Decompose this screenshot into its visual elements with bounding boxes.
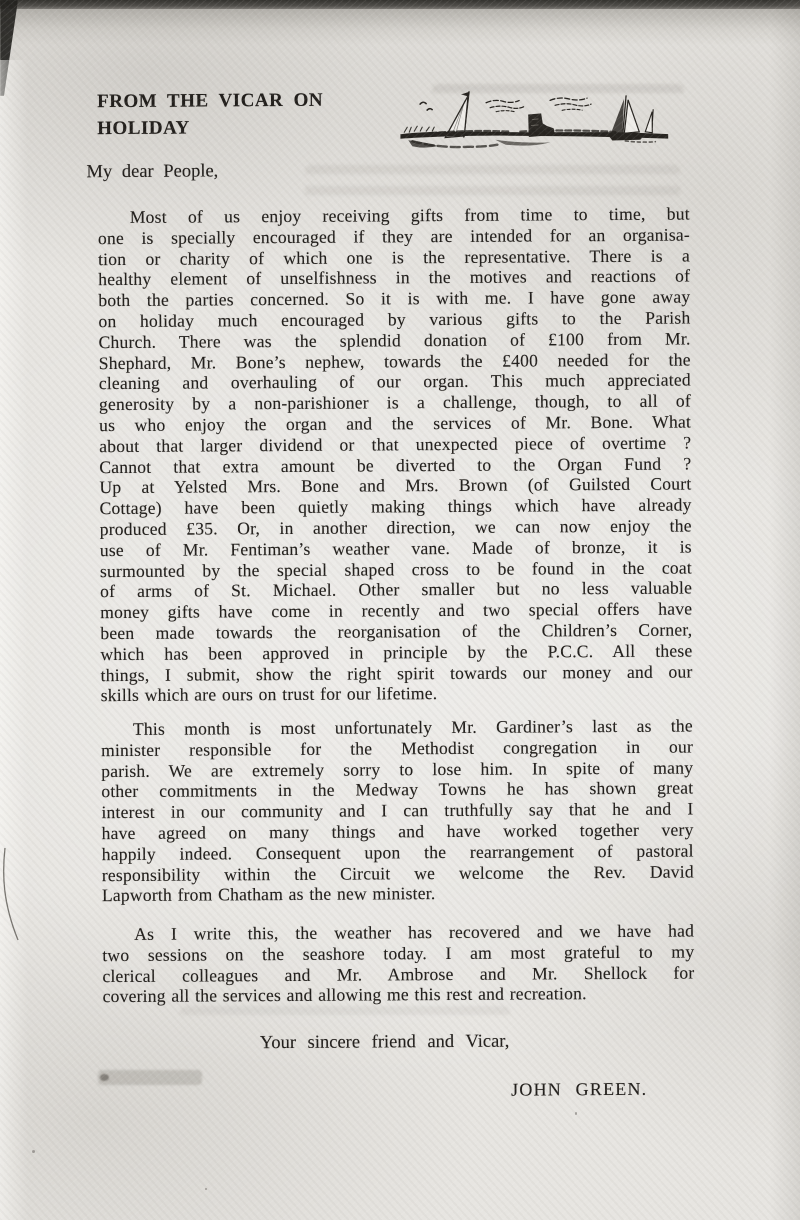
paper-fleck — [575, 1112, 577, 1115]
text-line: about that larger dividend or that unexp… — [99, 432, 691, 456]
paragraph-1: Most of us enjoy receiving gifts from ti… — [98, 204, 693, 707]
paragraph-2: This month is most unfortunately Mr. Gar… — [101, 715, 694, 906]
text-line: Lapworth from Chatham as the new ministe… — [102, 882, 694, 906]
text-line: which has been approved in principle by … — [100, 640, 692, 664]
text-line: responsibility within the Circuit we wel… — [102, 861, 694, 885]
text-line: use of Mr. Fentiman’s weather vane. Made… — [100, 536, 692, 560]
scan-top-edge — [0, 0, 800, 9]
signature: JOHN GREEN. — [511, 1079, 647, 1101]
paper-fleck — [205, 1188, 207, 1190]
ink-smudge-artifact — [100, 1074, 109, 1081]
scanned-newsletter-page: FROM THE VICAR ON HOLIDAY — [0, 0, 800, 1220]
paper-fleck — [32, 1150, 35, 1153]
seaside-sketch-illustration — [400, 87, 668, 161]
scan-right-shadow — [770, 0, 800, 1220]
scan-scratch-line — [0, 845, 26, 945]
ink-bleedthrough-artifact — [305, 165, 680, 199]
scan-top-shadow — [0, 9, 800, 45]
letter-body: FROM THE VICAR ON HOLIDAY — [97, 85, 689, 143]
text-line: things, I submit, show the right spirit … — [101, 661, 693, 685]
paragraph-3: As I write this, the weather has recover… — [102, 920, 694, 1007]
text-line: covering all the services and allowing m… — [102, 983, 694, 1007]
page-curl-highlight — [0, 60, 28, 1220]
ink-bleedthrough-artifact — [180, 1006, 510, 1019]
ink-smudge-artifact — [98, 1070, 202, 1085]
text-line: skills which are ours on trust for our l… — [101, 682, 693, 706]
birds-icon — [420, 102, 432, 110]
text-line: clerical colleagues and Mr. Ambrose and … — [102, 962, 694, 986]
valediction: Your sincere friend and Vicar, — [260, 1032, 510, 1055]
salutation: My dear People, — [86, 161, 218, 183]
